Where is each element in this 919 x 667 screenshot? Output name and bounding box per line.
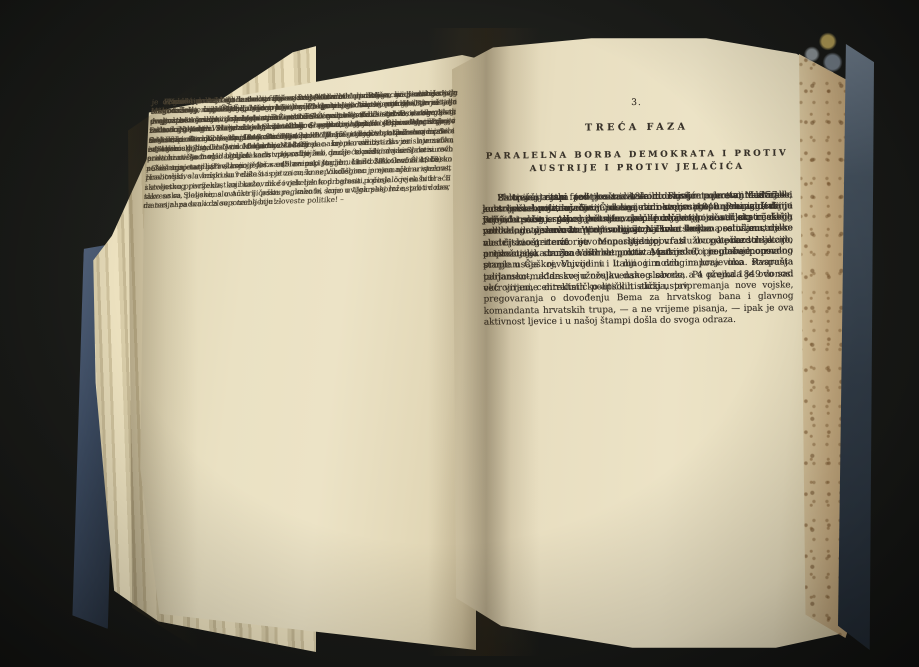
chapter-subtitle-line-2: AUSTRIJE I PROTIV JELAČIĆA: [482, 160, 792, 177]
right-page-paragraph: Protivaustrijska politika radikalnih dem…: [482, 190, 793, 261]
photograph-of-open-book: je ovo već dosta bilo k tome, da se sve …: [0, 0, 919, 667]
chapter-title: TREĆA FAZA: [482, 121, 792, 136]
section-number: 3.: [481, 96, 791, 111]
left-page-text: je ovo već dosta bilo k tome, da se sve …: [151, 88, 458, 115]
right-page-text: 3. TREĆA FAZA PARALELNA BORBA DEMOKRATA …: [481, 96, 792, 204]
left-page-paragraph: »Nesretna Austrija – dok je još njome Me…: [146, 88, 458, 173]
worn-cover-corner: [787, 20, 847, 77]
